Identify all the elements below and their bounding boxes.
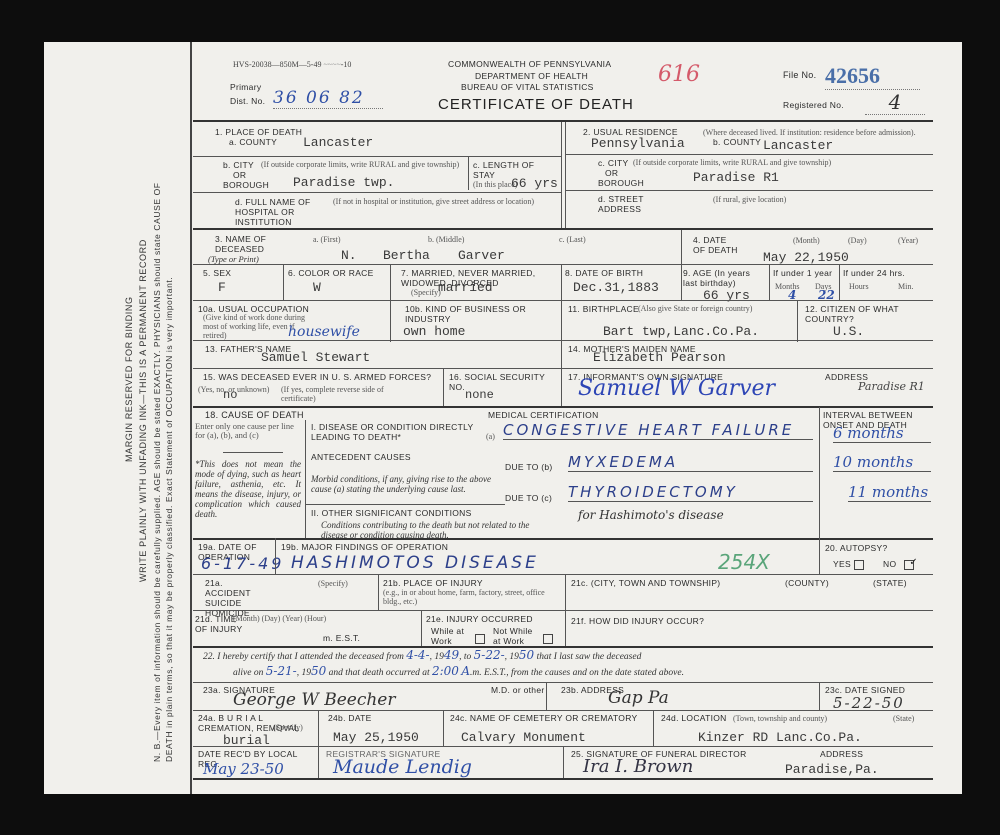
last-label: c. (Last) [559, 235, 586, 244]
file-number: 42656 [825, 63, 920, 90]
interval-c: 11 months [848, 483, 931, 502]
burial-date: May 25,1950 [333, 730, 419, 745]
dist-label: Dist. No. [230, 96, 265, 106]
burial-date-label: 24b. DATE [328, 713, 372, 723]
form-code: HVS-20038—850M—5-49 ~~~~-10 [233, 60, 351, 69]
while-at-work-checkbox[interactable] [475, 634, 485, 644]
hours-label: Hours [849, 282, 869, 291]
name-label: 3. NAME OF DECEASED [215, 234, 285, 254]
cause-c-value: THYROIDECTOMY [568, 483, 813, 502]
dob-label: 8. DATE OF BIRTH [565, 268, 643, 278]
business-value: own home [403, 324, 465, 339]
last-name: Garver [458, 248, 505, 263]
date-of-death: May 22,1950 [763, 250, 849, 265]
middle-name: Bertha [383, 248, 430, 263]
physician-signature: George W Beecher [233, 690, 396, 710]
department-title: DEPARTMENT OF HEALTH [475, 71, 588, 81]
medical-certification-title: MEDICAL CERTIFICATION [488, 410, 599, 420]
findings-label: 19b. MAJOR FINDINGS OF OPERATION [281, 542, 448, 552]
cause-b-label: DUE TO (b) [505, 462, 553, 472]
autopsy-yes[interactable]: YES [833, 559, 864, 570]
min-label: Min. [898, 282, 913, 291]
hospital-note: (If not in hospital or institution, give… [333, 197, 553, 206]
marital-value: married [438, 280, 493, 295]
day-label: (Day) [848, 236, 867, 245]
antecedent-label: ANTECEDENT CAUSES [311, 452, 411, 462]
race-value: W [313, 280, 321, 295]
commonwealth-title: COMMONWEALTH OF PENNSYLVANIA [448, 59, 611, 69]
cause-c-extra: for Hashimoto's disease [578, 508, 724, 522]
death-county-value: Lancaster [303, 135, 373, 150]
autopsy-no-checkbox[interactable]: ✓ [904, 560, 914, 570]
cause-of-death-title: 18. CAUSE OF DEATH [205, 410, 304, 420]
operation-date: 6-17-49 [201, 554, 284, 573]
certificate-title: CERTIFICATE OF DEATH [438, 96, 634, 113]
margin-ink-note: WRITE PLAINLY WITH UNFADING INK—THIS IS … [138, 239, 148, 582]
business-label: 10b. KIND OF BUSINESS OR INDUSTRY [405, 304, 555, 324]
not-while-at-work-label: Not While at Work [493, 626, 538, 646]
certificate-form: HVS-20038—850M—5-49 ~~~~-10 Primary Dist… [193, 42, 961, 794]
bureau-title: BUREAU OF VITAL STATISTICS [461, 82, 594, 92]
how-injury-label: 21f. HOW DID INJURY OCCUR? [571, 616, 704, 626]
place-of-injury-note: (e.g., in or about home, farm, factory, … [383, 588, 563, 606]
dob-value: Dec.31,1883 [573, 280, 659, 295]
enter-one-cause-note: Enter only one cause per line for (a), (… [195, 422, 300, 440]
other-conditions-note: Conditions contributing to the death but… [321, 520, 531, 540]
md-label: M.D. or other [491, 685, 545, 695]
funeral-director-signature: Ira I. Brown [583, 756, 693, 777]
mother-name: Elizabeth Pearson [593, 350, 726, 365]
borough-label: BOROUGH [223, 180, 269, 190]
length-of-stay-value: 66 yrs [511, 176, 558, 191]
month-label: (Month) [793, 236, 820, 245]
classification-code: 254X [718, 550, 770, 574]
first-label: a. (First) [313, 235, 341, 244]
armed-forces-value: no [223, 388, 237, 402]
autopsy-label: 20. AUTOPSY? [825, 543, 888, 553]
birthplace-value: Bart twp,Lanc.Co.Pa. [603, 324, 759, 339]
informant-signature: Samuel W Garver [578, 376, 775, 401]
registrar-signature: Maude Lendig [333, 756, 472, 778]
funeral-address-label: ADDRESS [820, 749, 863, 759]
location-state-label: (State) [893, 714, 914, 723]
residence-note: (Where deceased lived. If institution: r… [703, 128, 933, 137]
ssn-value: none [465, 388, 494, 402]
injury-state-label: (STATE) [873, 578, 907, 588]
location-note: (Town, township and county) [733, 714, 827, 723]
birthplace-label: 11. BIRTHPLACE [568, 304, 639, 314]
registered-number: 4 [865, 90, 925, 115]
margin-binding-note: MARGIN RESERVED FOR BINDING [124, 296, 134, 462]
residence-city-label: c. CITY [598, 158, 628, 168]
father-name: Samuel Stewart [261, 350, 370, 365]
or-label: OR [233, 170, 246, 180]
injury-county-label: (COUNTY) [785, 578, 829, 588]
sex-value: F [218, 280, 226, 295]
primary-label: Primary [230, 82, 261, 92]
under-1-year-label: If under 1 year [773, 268, 832, 278]
dist-number: 36 06 82 [273, 88, 383, 109]
cause-footnote: *This does not mean the mode of dying, s… [195, 459, 301, 519]
residence-city: Paradise R1 [693, 170, 779, 185]
yes-label: YES [833, 559, 851, 569]
margin-nb-line2: DEATH in plain terms, so that it may be … [164, 277, 174, 762]
residence-county: Lancaster [763, 138, 833, 153]
file-no-label: File No. [783, 70, 816, 80]
sex-label: 5. SEX [203, 268, 231, 278]
dod-label: 4. DATE OF DEATH [693, 235, 738, 255]
autopsy-no[interactable]: NO ✓ [883, 559, 914, 570]
death-city-label: b. CITY [223, 160, 254, 170]
place-of-death-title: 1. PLACE OF DEATH [215, 127, 302, 137]
occupation-value: housewife [288, 324, 360, 340]
interval-b: 10 months [833, 453, 931, 472]
binding-margin: MARGIN RESERVED FOR BINDING WRITE PLAINL… [44, 42, 192, 794]
morbid-note: Morbid conditions, if any, giving rise t… [311, 474, 501, 494]
location-label: 24d. LOCATION [661, 713, 727, 723]
residence-county-label: b. COUNTY [713, 137, 761, 147]
date-received: May 23-50 [203, 760, 284, 778]
burial-specify: (Specify) [273, 723, 303, 732]
residence-city-note: (If outside corporate limits, write RURA… [633, 158, 831, 167]
findings-value: HASHIMOTOS DISEASE [291, 553, 539, 573]
interval-a: 6 months [833, 424, 931, 443]
marital-specify: (Specify) [411, 288, 441, 297]
margin-nb-line1: N. B.—Every item of information should b… [152, 182, 162, 762]
not-while-at-work-checkbox[interactable] [543, 634, 553, 644]
age-label: 9. AGE (In years last birthday) [683, 268, 755, 288]
citizen-label: 12. CITIZEN OF WHAT COUNTRY? [805, 304, 930, 324]
cause-a-value: CONGESTIVE HEART FAILURE [503, 421, 813, 440]
specify-label: (Specify) [318, 579, 348, 588]
middle-label: b. (Middle) [428, 235, 464, 244]
cemetery-value: Calvary Monument [461, 730, 586, 745]
street-address-label: d. STREET ADDRESS [598, 194, 668, 214]
certify-line-2: alive on 5-21-, 1950 and that death occu… [233, 666, 684, 678]
cemetery-label: 24c. NAME OF CEMETERY OR CREMATORY [450, 713, 637, 723]
mest-label: m. E.S.T. [323, 633, 360, 643]
residence-state: Pennsylvania [591, 136, 685, 151]
under-24-hrs-label: If under 24 hrs. [843, 268, 905, 278]
place-of-injury-label: 21b. PLACE OF INJURY [383, 578, 483, 588]
citizen-value: U.S. [833, 324, 864, 339]
time-columns: (Month) (Day) (Year) (Hour) [233, 614, 326, 623]
autopsy-yes-checkbox[interactable] [854, 560, 864, 570]
accident-label: 21a. ACCIDENT SUICIDE HOMICIDE [205, 578, 265, 618]
armed-forces-label: 15. WAS DECEASED EVER IN U. S. ARMED FOR… [203, 372, 431, 382]
certify-line-1: 22. I hereby certify that I attended the… [203, 650, 641, 662]
cause-a-label: (a) [486, 432, 495, 441]
race-label: 6. COLOR OR RACE [288, 268, 374, 278]
injury-city-label: 21c. (CITY, TOWN AND TOWNSHIP) [571, 578, 720, 588]
first-name: N. [341, 248, 357, 263]
cause-c-label: DUE TO (c) [505, 493, 552, 503]
no-label: NO [883, 559, 896, 569]
death-county-label: a. COUNTY [229, 137, 277, 147]
borough-label-2: BOROUGH [598, 178, 644, 188]
street-note: (If rural, give location) [713, 195, 786, 204]
cause-b-value: MYXEDEMA [568, 453, 813, 472]
hospital-label: d. FULL NAME OF HOSPITAL OR INSTITUTION [235, 197, 325, 227]
armed-note-2: (If yes, complete reverse side of certif… [281, 385, 391, 403]
disease-label: I. DISEASE OR CONDITION DIRECTLY LEADING… [311, 422, 491, 442]
or-label-2: OR [605, 168, 618, 178]
funeral-address: Paradise,Pa. [785, 762, 879, 777]
birthplace-note: (Also give State or foreign country) [638, 304, 758, 313]
red-annotation: 616 [658, 62, 700, 87]
location-value: Kinzer RD Lanc.Co.Pa. [698, 730, 862, 745]
death-city-note: (If outside corporate limits, write RURA… [261, 160, 461, 169]
registered-no-label: Registered No. [783, 100, 844, 110]
death-city-value: Paradise twp. [293, 175, 394, 190]
informant-address: Paradise R1 [858, 380, 925, 393]
name-note: (Type or Print) [208, 254, 259, 264]
while-at-work-label: While at Work [431, 626, 473, 646]
physician-address: Gap Pa [608, 688, 669, 708]
other-conditions-label: II. OTHER SIGNIFICANT CONDITIONS [311, 508, 472, 518]
injury-occurred-label: 21e. INJURY OCCURRED [426, 614, 533, 624]
year-label: (Year) [898, 236, 918, 245]
